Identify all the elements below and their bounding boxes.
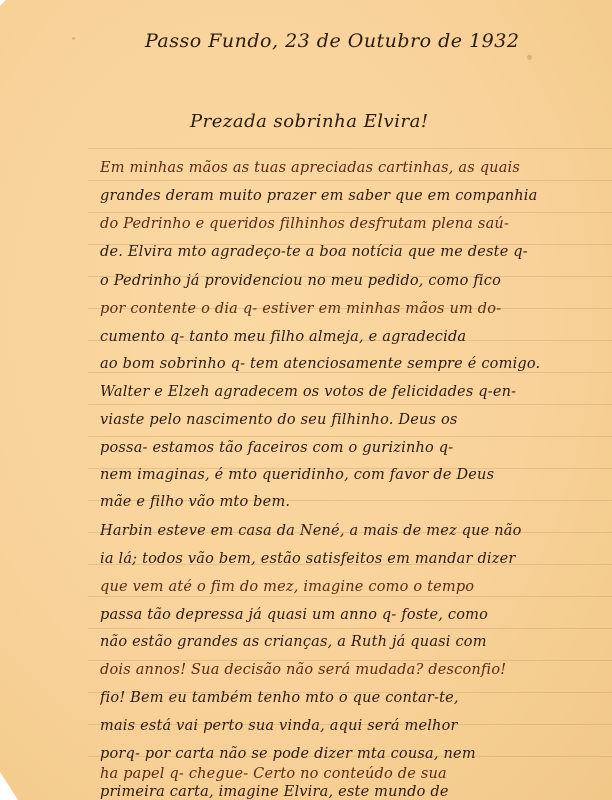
letter-line: passa tão depressa já quasi um anno q- f… bbox=[100, 607, 605, 623]
letter-line: cumento q- tanto meu filho almeja, e agr… bbox=[100, 329, 605, 345]
letter-line: viaste pelo nascimento do seu filhinho. … bbox=[100, 412, 605, 428]
letter-line: Walter e Elzeh agradecem os votos de fel… bbox=[100, 384, 605, 400]
letter-line: que vem até o fim do mez, imagine como o… bbox=[100, 579, 605, 595]
letter-line: porq- por carta não se pode dizer mta co… bbox=[100, 746, 605, 762]
ruled-line bbox=[88, 148, 612, 149]
letter-line: mais está vai perto sua vinda, aqui será… bbox=[100, 718, 605, 734]
salutation: Prezada sobrinha Elvira! bbox=[190, 111, 429, 132]
letter-line: ia lá; todos vão bem, estão satisfeitos … bbox=[100, 551, 605, 567]
ruled-line bbox=[88, 212, 612, 213]
letter-line: de. Elvira mto agradeço-te a boa notícia… bbox=[100, 244, 605, 260]
letter-line: dois annos! Sua decisão não será mudada?… bbox=[100, 662, 605, 678]
letter-line: Harbin esteve em casa da Nené, a mais de… bbox=[100, 523, 605, 539]
ruled-line bbox=[88, 596, 612, 597]
letter-line: ha papel q- chegue- Certo no conteúdo de… bbox=[100, 766, 605, 782]
letter-line: ao bom sobrinho q- tem atenciosamente se… bbox=[100, 356, 605, 372]
letter-line: grandes deram muito prazer em saber que … bbox=[100, 188, 605, 204]
letter-line: Em minhas mãos as tuas apreciadas cartin… bbox=[100, 160, 605, 176]
paper-stain bbox=[72, 37, 75, 40]
letter-line: do Pedrinho e queridos filhinhos desfrut… bbox=[100, 216, 605, 232]
letter-line: primeira carta, imagine Elvira, este mun… bbox=[100, 784, 605, 800]
letter-line: mãe e filho vão mto bem. bbox=[100, 494, 605, 510]
ruled-line bbox=[88, 436, 612, 437]
paper-stain bbox=[527, 55, 532, 60]
ruled-line bbox=[88, 180, 612, 181]
letter-line: nem imaginas, é mto queridinho, com favo… bbox=[100, 467, 605, 483]
letter-line: fio! Bem eu também tenho mto o que conta… bbox=[100, 690, 605, 706]
ruled-line bbox=[88, 628, 612, 629]
letter-line: o Pedrinho já providenciou no meu pedido… bbox=[100, 273, 605, 289]
place-date: Passo Fundo, 23 de Outubro de 1932 bbox=[145, 30, 519, 52]
letter-line: por contente o dia q- estiver em minhas … bbox=[100, 301, 605, 317]
ruled-line bbox=[88, 372, 612, 373]
letter-line: possa- estamos tão faceiros com o gurizi… bbox=[100, 440, 605, 456]
ruled-line bbox=[88, 660, 612, 661]
letter-page: Passo Fundo, 23 de Outubro de 1932 Preza… bbox=[0, 0, 612, 800]
ruled-line bbox=[88, 404, 612, 405]
letter-line: não estão grandes as crianças, a Ruth já… bbox=[100, 634, 605, 650]
